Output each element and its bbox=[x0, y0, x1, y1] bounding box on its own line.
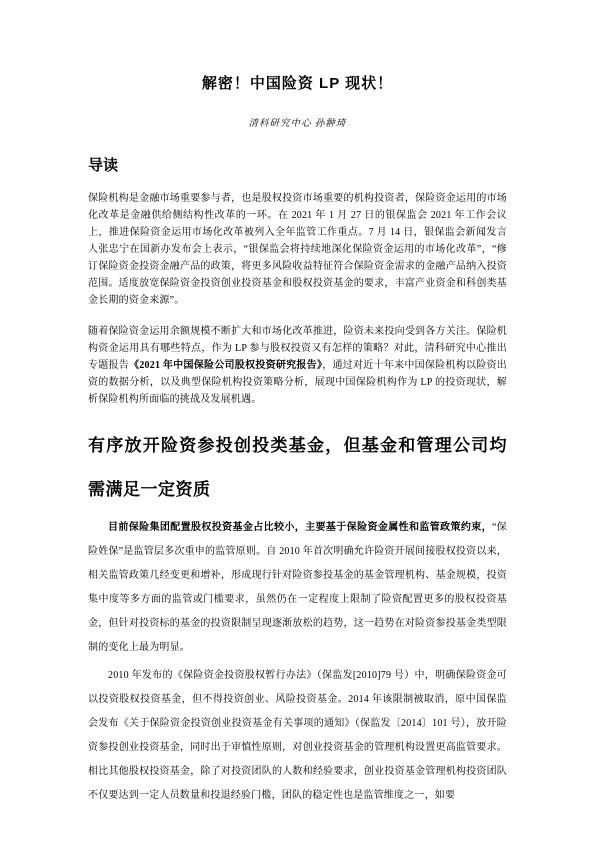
section-heading-intro: 导读 bbox=[88, 156, 507, 176]
document-header: 解密！中国险资 LP 现状！ 清科研究中心 孙翀琦 bbox=[88, 74, 507, 130]
document-title: 解密！中国险资 LP 现状！ bbox=[88, 74, 507, 94]
document-byline: 清科研究中心 孙翀琦 bbox=[88, 118, 507, 130]
bold-text-run: 《2021 年中国保险公司股权投资研究报告》 bbox=[129, 360, 322, 371]
policy-paragraphs: 目前保险集团配置股权投资基金占比较小，主要基于保险资金属性和监管政策约束，“保险… bbox=[88, 516, 507, 808]
text-run: 2010 年发布的《保险资金投资股权暂行办法》（保监发[2010]79 号）中，… bbox=[88, 670, 507, 801]
document-page: 解密！中国险资 LP 现状！ 清科研究中心 孙翀琦 导读 保险机构是金融市场重要… bbox=[0, 0, 595, 842]
paragraph: 随着保险资金运用余额规模不断扩大和市场化改革推进，险资未来投向受到各方关注。保险… bbox=[88, 323, 507, 408]
paragraph: 保险机构是金融市场重要参与者，也是股权投资市场重要的机构投资者，保险资金运用的市… bbox=[88, 190, 507, 309]
document-body: 导读 保险机构是金融市场重要参与者，也是股权投资市场重要的机构投资者，保险资金运… bbox=[88, 156, 507, 808]
paragraph: 目前保险集团配置股权投资基金占比较小，主要基于保险资金属性和监管政策约束，“保险… bbox=[88, 516, 507, 660]
section-heading-policy: 有序放开险资参投创投类基金，但基金和管理公司均需满足一定资质 bbox=[88, 424, 507, 512]
bold-text-run: 目前保险集团配置股权投资基金占比较小，主要基于保险资金属性和监管政策约束， bbox=[108, 522, 492, 533]
intro-paragraphs: 保险机构是金融市场重要参与者，也是股权投资市场重要的机构投资者，保险资金运用的市… bbox=[88, 190, 507, 408]
text-run: “保险姓保”是监管层多次重申的监管原则。自 2010 年首次明确允许险资开展间接… bbox=[88, 522, 507, 653]
paragraph: 2010 年发布的《保险资金投资股权暂行办法》（保监发[2010]79 号）中，… bbox=[88, 664, 507, 808]
section-intro: 导读 保险机构是金融市场重要参与者，也是股权投资市场重要的机构投资者，保险资金运… bbox=[88, 156, 507, 408]
text-run: 保险机构是金融市场重要参与者，也是股权投资市场重要的机构投资者，保险资金运用的市… bbox=[88, 193, 507, 306]
section-policy: 有序放开险资参投创投类基金，但基金和管理公司均需满足一定资质 目前保险集团配置股… bbox=[88, 424, 507, 808]
